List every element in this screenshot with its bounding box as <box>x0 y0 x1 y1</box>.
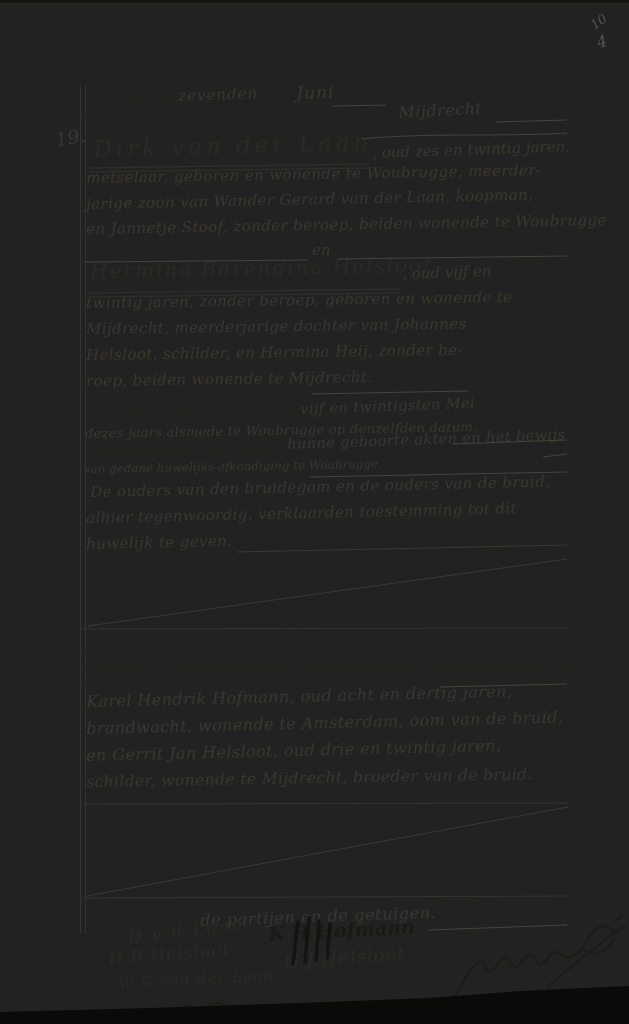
written-day: zevenden <box>178 86 258 104</box>
bride-name: Hermina Barendina Helsloot <box>90 255 433 281</box>
banns-written-4: van gedane huwelijks-afkondiging te Woub… <box>84 459 382 476</box>
groom-after-name: , oud zes en twintig jaren, <box>372 139 570 161</box>
vows-line-3: Nadat dit door hen, ieder in het bijzond… <box>85 664 583 674</box>
partial-signature-stroke <box>172 1003 247 1016</box>
act-number-value: 19. <box>54 127 87 151</box>
consent-line-2: alhier tegenwoordig, verklaarden toestem… <box>86 501 517 526</box>
written-municipality: Mijdrecht <box>398 101 483 121</box>
intro-printed-2: ondergeteekende, Ambtenaar van den Burge… <box>85 114 424 124</box>
margin-rule-outer <box>80 86 81 934</box>
vows-line-1: Waarna wij hun bij name en afzonderlijk … <box>85 634 577 644</box>
signature-witness-hofmann: K H Hofmann <box>268 918 415 945</box>
signature-father-groom: W G van der Laan <box>118 969 275 992</box>
consent-line-3: huwelijk te geven. <box>86 534 233 552</box>
intro-printed-1a: Op heden den <box>110 96 179 106</box>
act-number-label: Nº <box>36 142 52 154</box>
witness-line-4: schilder, wonende te Mijdrecht, broeder … <box>86 767 533 790</box>
bride-line-5: roep, beiden wonende te Mijdrecht. <box>86 370 372 389</box>
scan-bottom-wedge <box>0 986 629 1024</box>
banns-printed-1: De Afkondiging heeft alhier, zonder stui… <box>88 410 336 420</box>
signature-witness-helsloot: G J Helsloot <box>284 946 406 972</box>
signature-bride: H B Helsloot <box>108 942 231 967</box>
consent-line-1: De ouders van den bruidegom en de ouders… <box>90 475 550 500</box>
bride-after-name: , oud vijf en <box>402 264 492 282</box>
groom-line-2: metselaar, geboren en wonende te Woubrug… <box>86 163 541 186</box>
groom-name: Dirk van der Laan <box>93 132 373 162</box>
bride-line-2: twintig jaren, zonder beroep, geboren en… <box>86 290 513 311</box>
scan-top-edge <box>0 0 629 3</box>
written-month: Juni <box>296 85 335 103</box>
banns-printed-2: Zij hebben tot dat einde aan ons overgel… <box>88 446 284 456</box>
pencil-folio-mark: 10 <box>589 12 610 32</box>
witness-line-2: brandwacht, wonende te Amsterdam, oom va… <box>86 709 563 737</box>
pencil-page-mark: 4 <box>595 33 610 51</box>
groom-line-3: jarige zoon van Wander Gerard van der La… <box>86 188 533 212</box>
groom-line-4: en Jannetje Stoof, zonder beroep, beiden… <box>86 213 607 237</box>
marriage-certificate-page: 10 4 Nº 19. Op heden den zevenden Juni n… <box>0 0 629 1024</box>
registrar-signature-flourish <box>450 916 624 1010</box>
bride-line-3: Mijdrecht, meerderjarige dochter van Joh… <box>86 317 467 337</box>
witness-line-3: en Gerrit Jan Helsloot, oud drie en twin… <box>86 738 502 764</box>
bride-line-4: Helsloot, schilder, en Hermina Heij, zon… <box>86 343 463 363</box>
vows-line-2: zij getrouwelijk alle de plichten zullen… <box>85 649 601 659</box>
banns-written-date: vijf en twintigsten Mei <box>300 397 475 418</box>
